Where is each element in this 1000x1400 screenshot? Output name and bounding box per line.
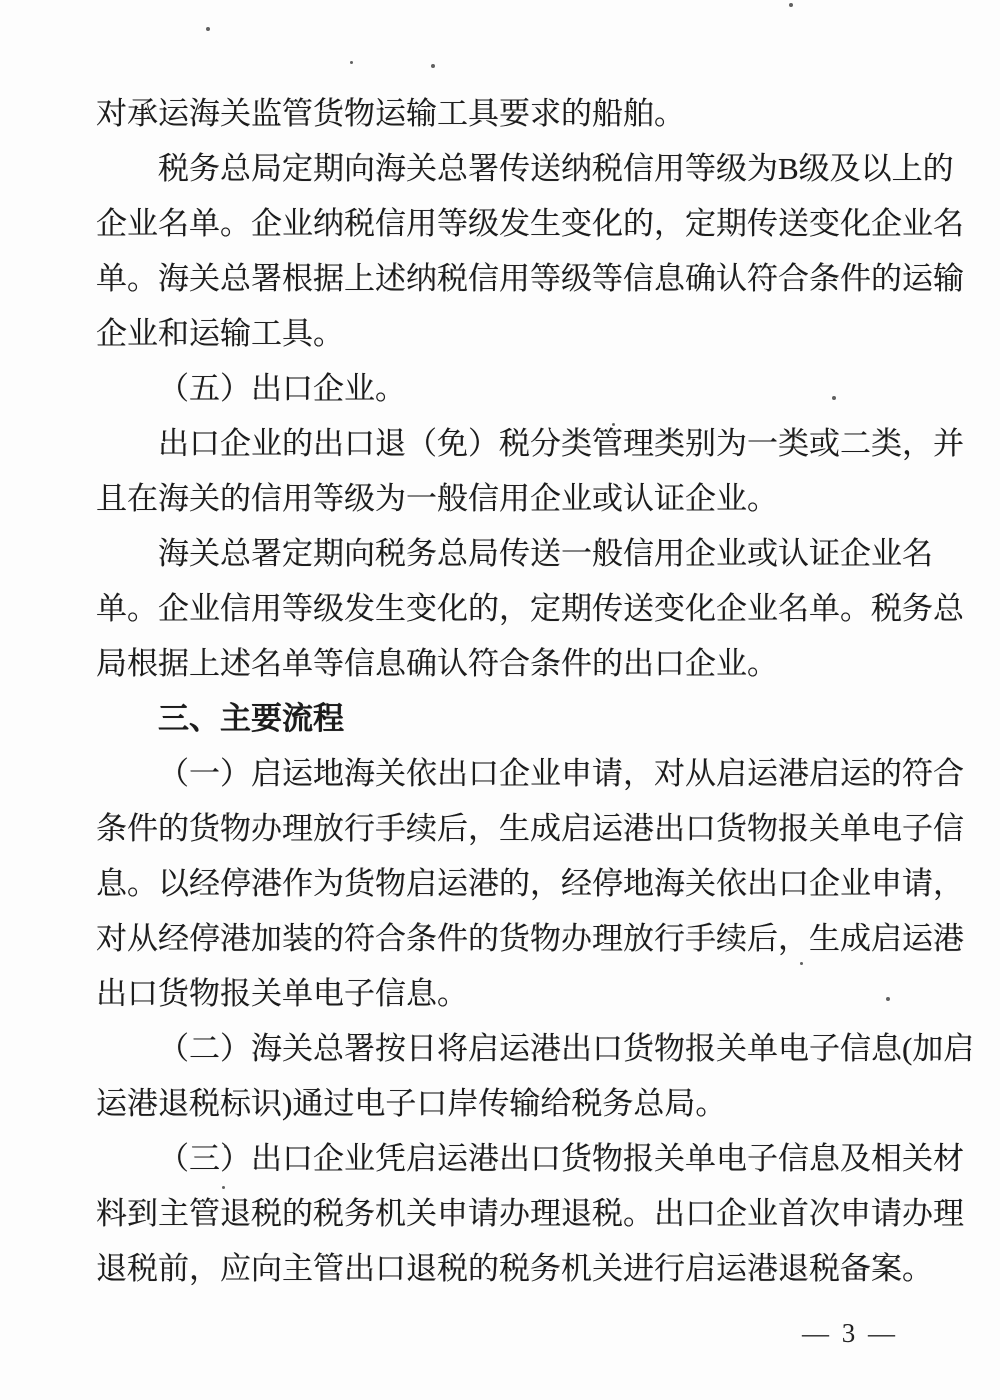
text-line: （三）出口企业凭启运港出口货物报关单电子信息及相关材 <box>96 1131 942 1186</box>
scan-speck <box>886 997 890 1001</box>
scan-speck <box>350 61 353 64</box>
text-line: 运港退税标识)通过电子口岸传输给税务总局。 <box>96 1076 942 1131</box>
text-line: 息。以经停港作为货物启运港的，经停地海关依出口企业申请， <box>96 856 942 911</box>
scan-speck <box>612 423 615 426</box>
text-line: 出口货物报关单电子信息。 <box>96 966 942 1021</box>
text-line: 税务总局定期向海关总署传送纳税信用等级为B级及以上的 <box>96 141 942 196</box>
scan-speck <box>222 1186 225 1189</box>
text-line: 对从经停港加装的符合条件的货物办理放行手续后，生成启运港 <box>96 911 942 966</box>
scanned-document-page: 对承运海关监管货物运输工具要求的船舶。税务总局定期向海关总署传送纳税信用等级为B… <box>0 0 1000 1400</box>
scan-speck <box>206 27 210 31</box>
section-heading: 三、主要流程 <box>96 691 942 746</box>
text-line: 对承运海关监管货物运输工具要求的船舶。 <box>96 86 942 141</box>
scan-speck <box>800 962 803 965</box>
scan-speck <box>224 1145 227 1148</box>
scan-speck <box>789 3 793 7</box>
text-line: 料到主管退税的税务机关申请办理退税。出口企业首次申请办理 <box>96 1186 942 1241</box>
page-number: — 3 — <box>802 1318 898 1349</box>
text-line: 且在海关的信用等级为一般信用企业或认证企业。 <box>96 471 942 526</box>
text-line: 企业名单。企业纳税信用等级发生变化的，定期传送变化企业名 <box>96 196 942 251</box>
text-line: 出口企业的出口退（免）税分类管理类别为一类或二类，并 <box>96 416 942 471</box>
text-line: 单。企业信用等级发生变化的，定期传送变化企业名单。税务总 <box>96 581 942 636</box>
document-text-block: 对承运海关监管货物运输工具要求的船舶。税务总局定期向海关总署传送纳税信用等级为B… <box>0 0 1000 1296</box>
text-line: 单。海关总署根据上述纳税信用等级等信息确认符合条件的运输 <box>96 251 942 306</box>
text-line: （一）启运地海关依出口企业申请，对从启运港启运的符合 <box>96 746 942 801</box>
text-line: 企业和运输工具。 <box>96 306 942 361</box>
text-line: （二）海关总署按日将启运港出口货物报关单电子信息(加启 <box>96 1021 942 1076</box>
text-line: 海关总署定期向税务总局传送一般信用企业或认证企业名 <box>96 526 942 581</box>
text-line: （五）出口企业。 <box>96 361 942 416</box>
text-line: 条件的货物办理放行手续后，生成启运港出口货物报关单电子信 <box>96 801 942 856</box>
scan-speck <box>832 396 836 400</box>
text-line: 退税前，应向主管出口退税的税务机关进行启运港退税备案。 <box>96 1241 942 1296</box>
scan-speck <box>431 64 435 68</box>
text-line: 局根据上述名单等信息确认符合条件的出口企业。 <box>96 636 942 691</box>
